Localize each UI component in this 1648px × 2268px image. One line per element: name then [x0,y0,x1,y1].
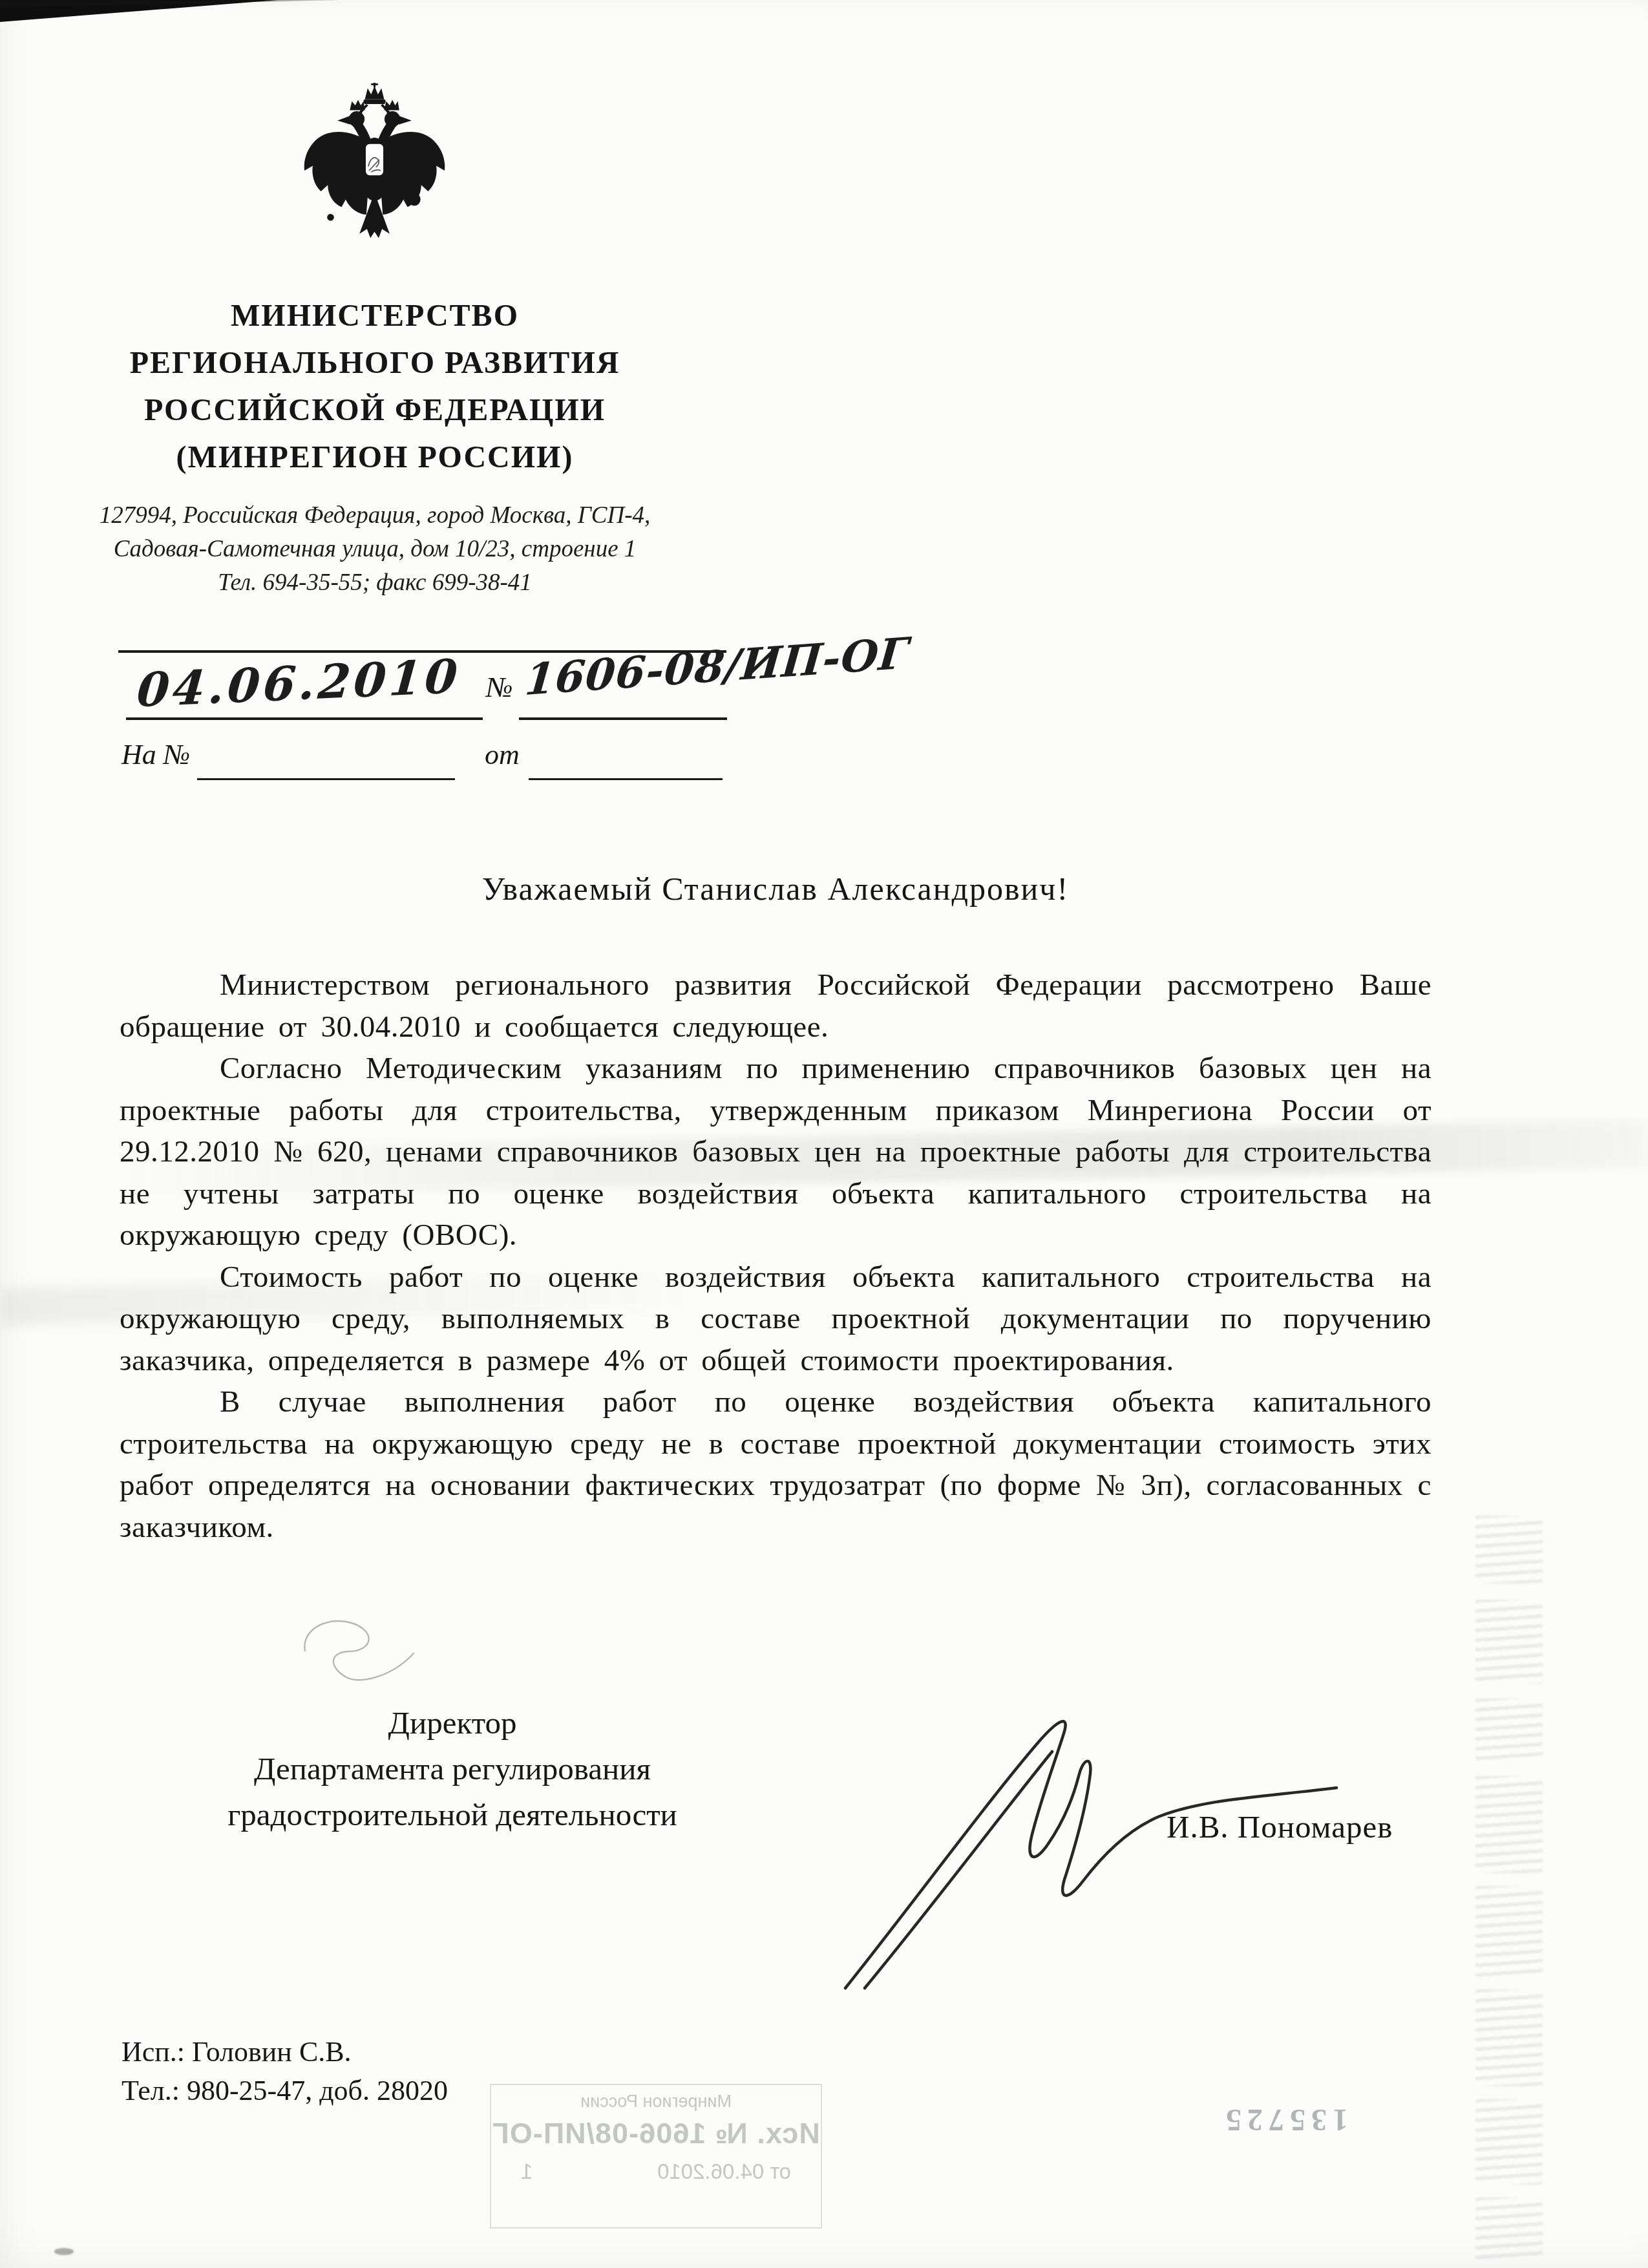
pen-squiggle-icon [295,1613,424,1697]
executor-block: Исп.: Головин С.В. Тел.: 980-25-47, доб.… [121,2033,448,2110]
bleedthrough-text-column [1475,1989,1543,2086]
stamp-copy-number: 1 [521,2159,533,2184]
bleedthrough-text-column [1475,1516,1543,1584]
stamp-org-line: Минрегион России [580,2092,732,2112]
signatory-title-line: Департамента регулирования [162,1746,743,1792]
date-underline [126,717,483,720]
stamp-number-line: Исх. № 1606-08/ИП-ОГ [492,2117,819,2150]
stamp-date-line: от 04.06.2010 [657,2159,791,2184]
body-paragraph: Стоимость работ по оценке воздействия об… [120,1256,1431,1382]
signatory-title-block: Директор Департамента регулирования град… [162,1700,743,1838]
bleedthrough-text-column [1475,1699,1543,1760]
scan-speck [54,2248,74,2255]
double-headed-eagle-icon [292,83,457,248]
salutation: Уважаемый Станислав Александрович! [120,870,1431,907]
registration-number-stamp: 135725 [1220,2102,1348,2137]
signatory-title-line: Директор [162,1700,743,1746]
outgoing-number-handwritten: 1606-08/ИП-ОГ [523,628,911,705]
registration-stamp-bleedthrough: Минрегион России Исх. № 1606-08/ИП-ОГ от… [490,2084,822,2229]
bleedthrough-text-column [1475,2198,1543,2259]
signatory-name: И.В. Пономарев [1167,1808,1393,1845]
executor-phone-line: Тел.: 980-25-47, доб. 28020 [121,2072,448,2110]
incoming-number-underline [197,778,455,780]
address-line: 127994, Российская Федерация, город Моск… [87,499,662,533]
bleedthrough-text-column [1475,1600,1543,1684]
ministry-name-line: РОССИЙСКОЙ ФЕДЕРАЦИИ [90,387,659,434]
bleedthrough-text-column [1475,2099,1543,2185]
incoming-number-label: На № [121,738,190,771]
body-paragraph: Согласно Методическим указаниям по приме… [120,1048,1431,1256]
address-block: 127994, Российская Федерация, город Моск… [87,499,662,600]
letter-body: Министерством регионального развития Рос… [120,964,1431,1548]
outgoing-date-handwritten: 04.06.2010 [135,648,463,717]
scanned-letter-page: МИНИСТЕРСТВО РЕГИОНАЛЬНОГО РАЗВИТИЯ РОСС… [0,0,1648,2268]
body-paragraph: В случае выполнения работ по оценке возд… [120,1381,1431,1548]
body-paragraph: Министерством регионального развития Рос… [120,964,1431,1048]
number-sign-label: № [486,671,513,704]
ministry-name-line: МИНИСТЕРСТВО [90,292,659,339]
signatory-title-line: градостроительной деятельности [162,1792,743,1838]
ministry-name-line: РЕГИОНАЛЬНОГО РАЗВИТИЯ [90,339,659,387]
address-line: Тел. 694-35-55; факс 699-38-41 [87,566,662,600]
bleedthrough-text-column [1475,1776,1543,1873]
executor-line: Исп.: Головин С.В. [121,2033,448,2072]
number-underline [519,717,727,720]
from-underline [529,778,723,780]
ministry-name-block: МИНИСТЕРСТВО РЕГИОНАЛЬНОГО РАЗВИТИЯ РОСС… [90,292,659,481]
coat-of-arms-icon [292,83,457,248]
from-label: от [485,738,520,771]
address-line: Садовая-Самотечная улица, дом 10/23, стр… [87,533,662,566]
bleedthrough-text-column [1475,1886,1543,1977]
ministry-name-line: (МИНРЕГИОН РОССИИ) [90,434,659,481]
